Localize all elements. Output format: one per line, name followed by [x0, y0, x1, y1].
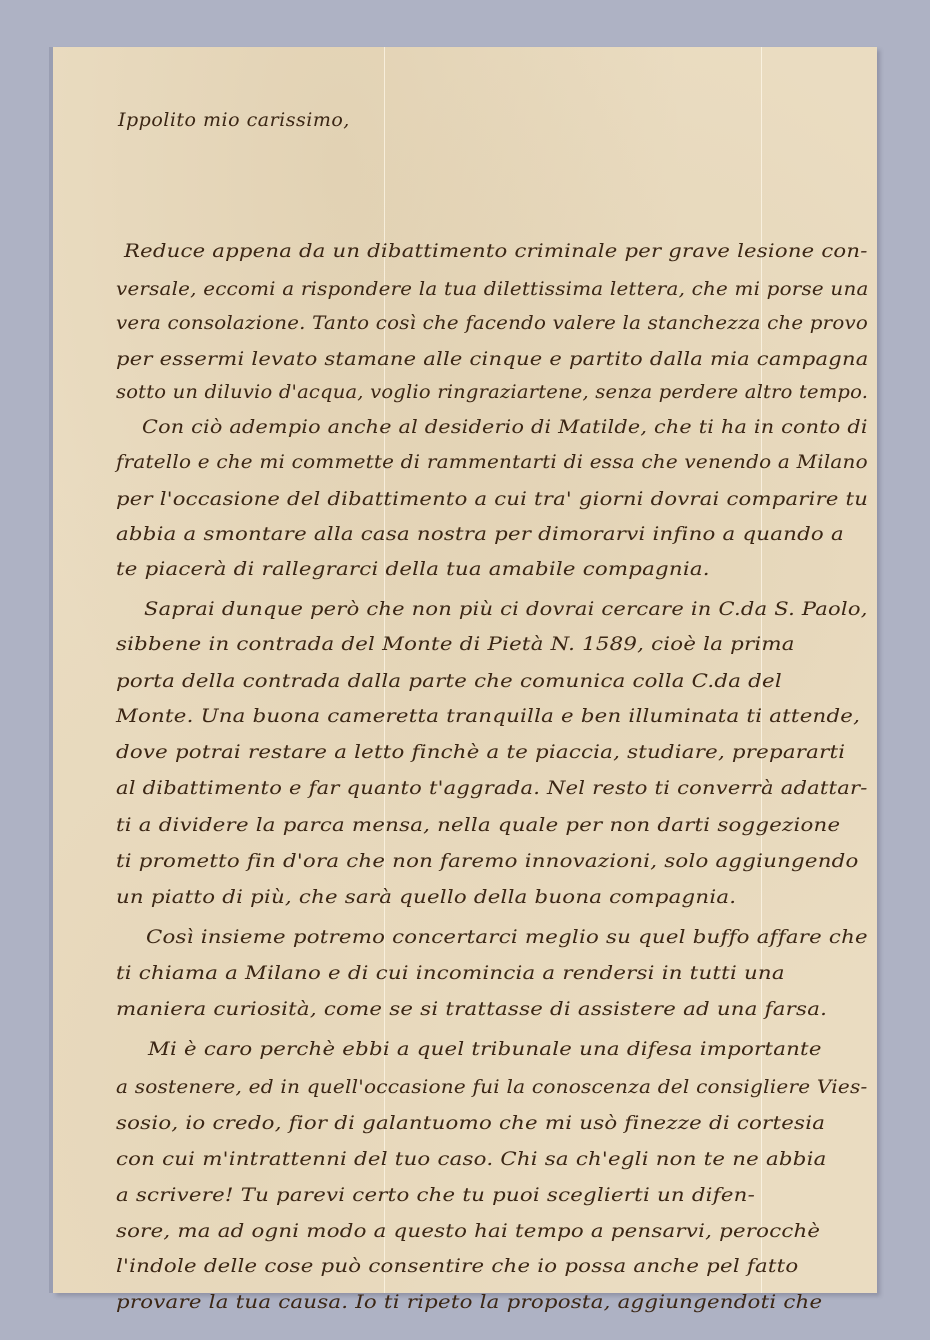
letter-line: a scrivere! Tu parevi certo che tu puoi …: [116, 1185, 755, 1206]
letter-line: per l'occasione del dibattimento a cui t…: [116, 489, 868, 510]
letter-line: Con ciò adempio anche al desiderio di Ma…: [142, 417, 868, 438]
letter-line: versale, eccomi a rispondere la tua dile…: [116, 279, 869, 300]
letter-line: fratello e che mi commette di rammentart…: [116, 452, 868, 473]
letter-line: al dibattimento e far quanto t'aggrada. …: [116, 778, 868, 799]
letter-line: Monte. Una buona cameretta tranquilla e …: [116, 706, 860, 727]
paper-fold-line: [384, 47, 385, 1293]
letter-line: Così insieme potremo concertarci meglio …: [146, 927, 868, 948]
letter-line: ti a dividere la parca mensa, nella qual…: [116, 815, 840, 836]
letter-line: vera consolazione. Tanto così che facend…: [116, 313, 868, 334]
letter-line: Saprai dunque però che non più ci dovrai…: [144, 599, 868, 620]
letter-line: sotto un diluvio d'acqua, voglio ringraz…: [116, 382, 868, 403]
letter-line: porta della contrada dalla parte che com…: [116, 671, 782, 692]
letter-line: per essermi levato stamane alle cinque e…: [116, 349, 869, 370]
letter-line: a sostenere, ed in quell'occasione fui l…: [116, 1077, 867, 1098]
letter-line: Mi è caro perchè ebbi a quel tribunale u…: [148, 1039, 822, 1060]
letter-line: ti chiama a Milano e di cui incomincia a…: [116, 963, 785, 984]
paper-fold-line: [761, 47, 762, 1293]
letter-line: maniera curiosità, come se si trattasse …: [116, 999, 827, 1020]
letter-line: sosio, io credo, fior di galantuomo che …: [116, 1113, 825, 1134]
letter-line: provare la tua causa. Io ti ripeto la pr…: [116, 1292, 822, 1313]
letter-line: te piacerà di rallegrarci della tua amab…: [116, 559, 710, 580]
letter-salutation: Ippolito mio carissimo,: [118, 109, 350, 131]
letter-line: ti prometto fin d'ora che non faremo inn…: [116, 851, 859, 872]
letter-line: abbia a smontare alla casa nostra per di…: [116, 524, 844, 545]
letter-paper: Ippolito mio carissimo, Reduce appena da…: [53, 47, 877, 1293]
letter-line: sore, ma ad ogni modo a questo hai tempo…: [116, 1221, 820, 1242]
letter-line: sibbene in contrada del Monte di Pietà N…: [116, 634, 795, 655]
letter-line: Reduce appena da un dibattimento crimina…: [124, 241, 868, 262]
letter-line: con cui m'intrattenni del tuo caso. Chi …: [116, 1149, 827, 1170]
letter-line: un piatto di più, che sarà quello della …: [116, 887, 736, 908]
letter-line: dove potrai restare a letto finchè a te …: [116, 742, 845, 763]
letter-line: l'indole delle cose può consentire che i…: [116, 1256, 798, 1277]
